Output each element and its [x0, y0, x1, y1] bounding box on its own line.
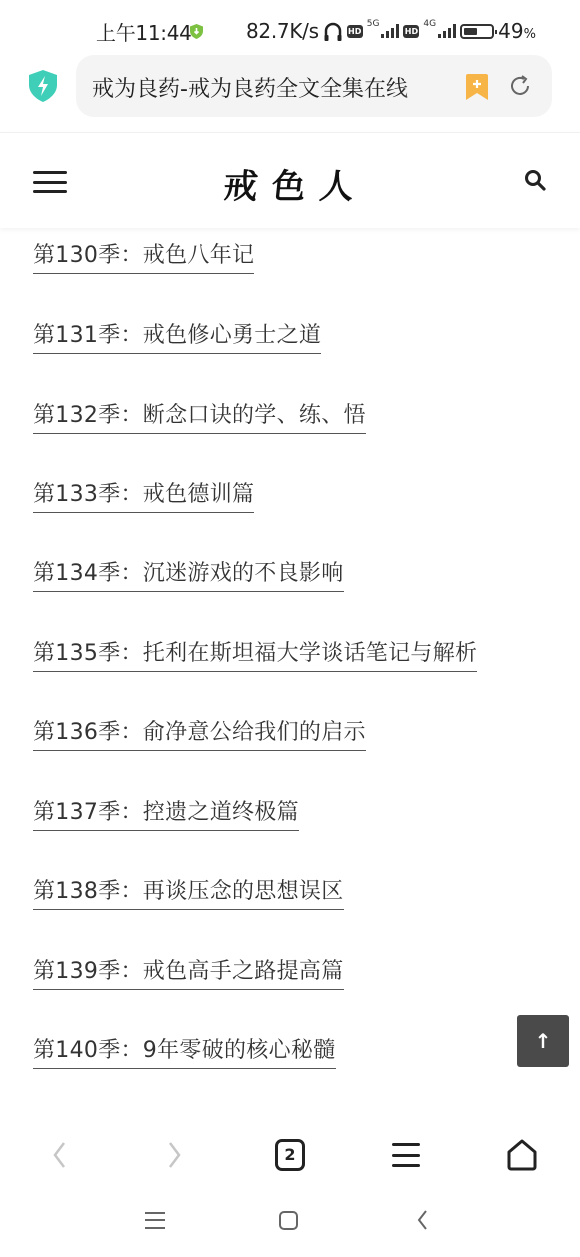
site-header: 戒色人	[0, 132, 580, 228]
menu-icon	[392, 1143, 420, 1167]
signal-bars-sim2-icon	[438, 24, 456, 38]
status-bar: 上午11:44 82.7K/s HD 5G HD 4G 49%	[0, 0, 580, 50]
tab-count: 2	[275, 1139, 305, 1171]
chevron-right-icon	[167, 1140, 183, 1170]
signal-bars-sim1-icon	[381, 24, 399, 38]
episode-link[interactable]: 第139季：戒色高手之路提高篇	[33, 954, 344, 990]
net-speed: 82.7K/s	[246, 19, 319, 43]
episode-link[interactable]: 第130季：戒色八年记	[33, 238, 254, 274]
browser-toolbar: 2	[0, 1125, 580, 1189]
network-type-sim1: 5G	[367, 19, 380, 29]
site-menu-button[interactable]	[33, 171, 67, 193]
system-back-button[interactable]	[412, 1208, 432, 1232]
add-bookmark-icon[interactable]	[466, 74, 488, 100]
system-navigation-bar	[0, 1200, 580, 1240]
episode-link[interactable]: 第137季：控遗之道终极篇	[33, 795, 299, 831]
headphones-icon	[323, 20, 343, 42]
menu-line	[33, 190, 67, 193]
menu-line	[33, 171, 67, 174]
recents-icon	[145, 1212, 165, 1229]
status-indicators: 82.7K/s HD 5G HD 4G 49%	[246, 17, 536, 45]
episode-link[interactable]: 第134季：沉迷游戏的不良影响	[33, 556, 344, 592]
hd-icon-sim2: HD	[403, 25, 419, 38]
page-title-in-address-bar[interactable]: 戒为良药-戒为良药全文全集在线	[92, 72, 442, 103]
vpn-shield-icon	[190, 24, 203, 39]
system-recents-button[interactable]	[144, 1208, 166, 1232]
forward-button[interactable]	[160, 1137, 190, 1173]
chevron-left-icon	[51, 1140, 67, 1170]
arrow-up-icon: ↑	[535, 1029, 552, 1053]
search-icon[interactable]	[524, 169, 546, 191]
episode-link[interactable]: 第138季：再谈压念的思想误区	[33, 874, 344, 910]
episode-link[interactable]: 第133季：戒色德训篇	[33, 477, 254, 513]
status-time: 上午11:44	[96, 17, 192, 46]
hd-icon-sim1: HD	[347, 25, 363, 38]
episode-link[interactable]: 第132季：断念口诀的学、练、悟	[33, 398, 366, 434]
reload-icon[interactable]	[508, 74, 532, 98]
browser-address-row: 戒为良药-戒为良药全文全集在线	[0, 55, 580, 117]
system-home-button[interactable]	[277, 1208, 299, 1232]
address-bar[interactable]: 戒为良药-戒为良药全文全集在线	[76, 55, 552, 117]
episode-link[interactable]: 第131季：戒色修心勇士之道	[33, 318, 321, 354]
menu-line	[33, 181, 67, 184]
home-icon	[505, 1138, 539, 1172]
network-type-sim2: 4G	[423, 19, 436, 29]
chevron-left-icon	[416, 1209, 428, 1231]
episode-link[interactable]: 第136季：俞净意公给我们的启示	[33, 715, 366, 751]
back-to-top-button[interactable]: ↑	[517, 1015, 569, 1067]
battery-icon	[460, 24, 494, 39]
site-logo[interactable]: 戒色人	[221, 159, 370, 208]
back-button[interactable]	[44, 1137, 74, 1173]
security-shield-icon[interactable]	[28, 70, 58, 102]
home-button[interactable]	[505, 1137, 539, 1173]
episode-link[interactable]: 第140季：9年零破的核心秘髓	[33, 1033, 336, 1069]
tabs-button[interactable]: 2	[274, 1137, 306, 1173]
episode-link[interactable]: 第135季：托利在斯坦福大学谈话笔记与解析	[33, 636, 477, 672]
browser-menu-button[interactable]	[391, 1137, 421, 1173]
square-home-icon	[279, 1211, 298, 1230]
battery-percent: 49%	[498, 19, 536, 43]
